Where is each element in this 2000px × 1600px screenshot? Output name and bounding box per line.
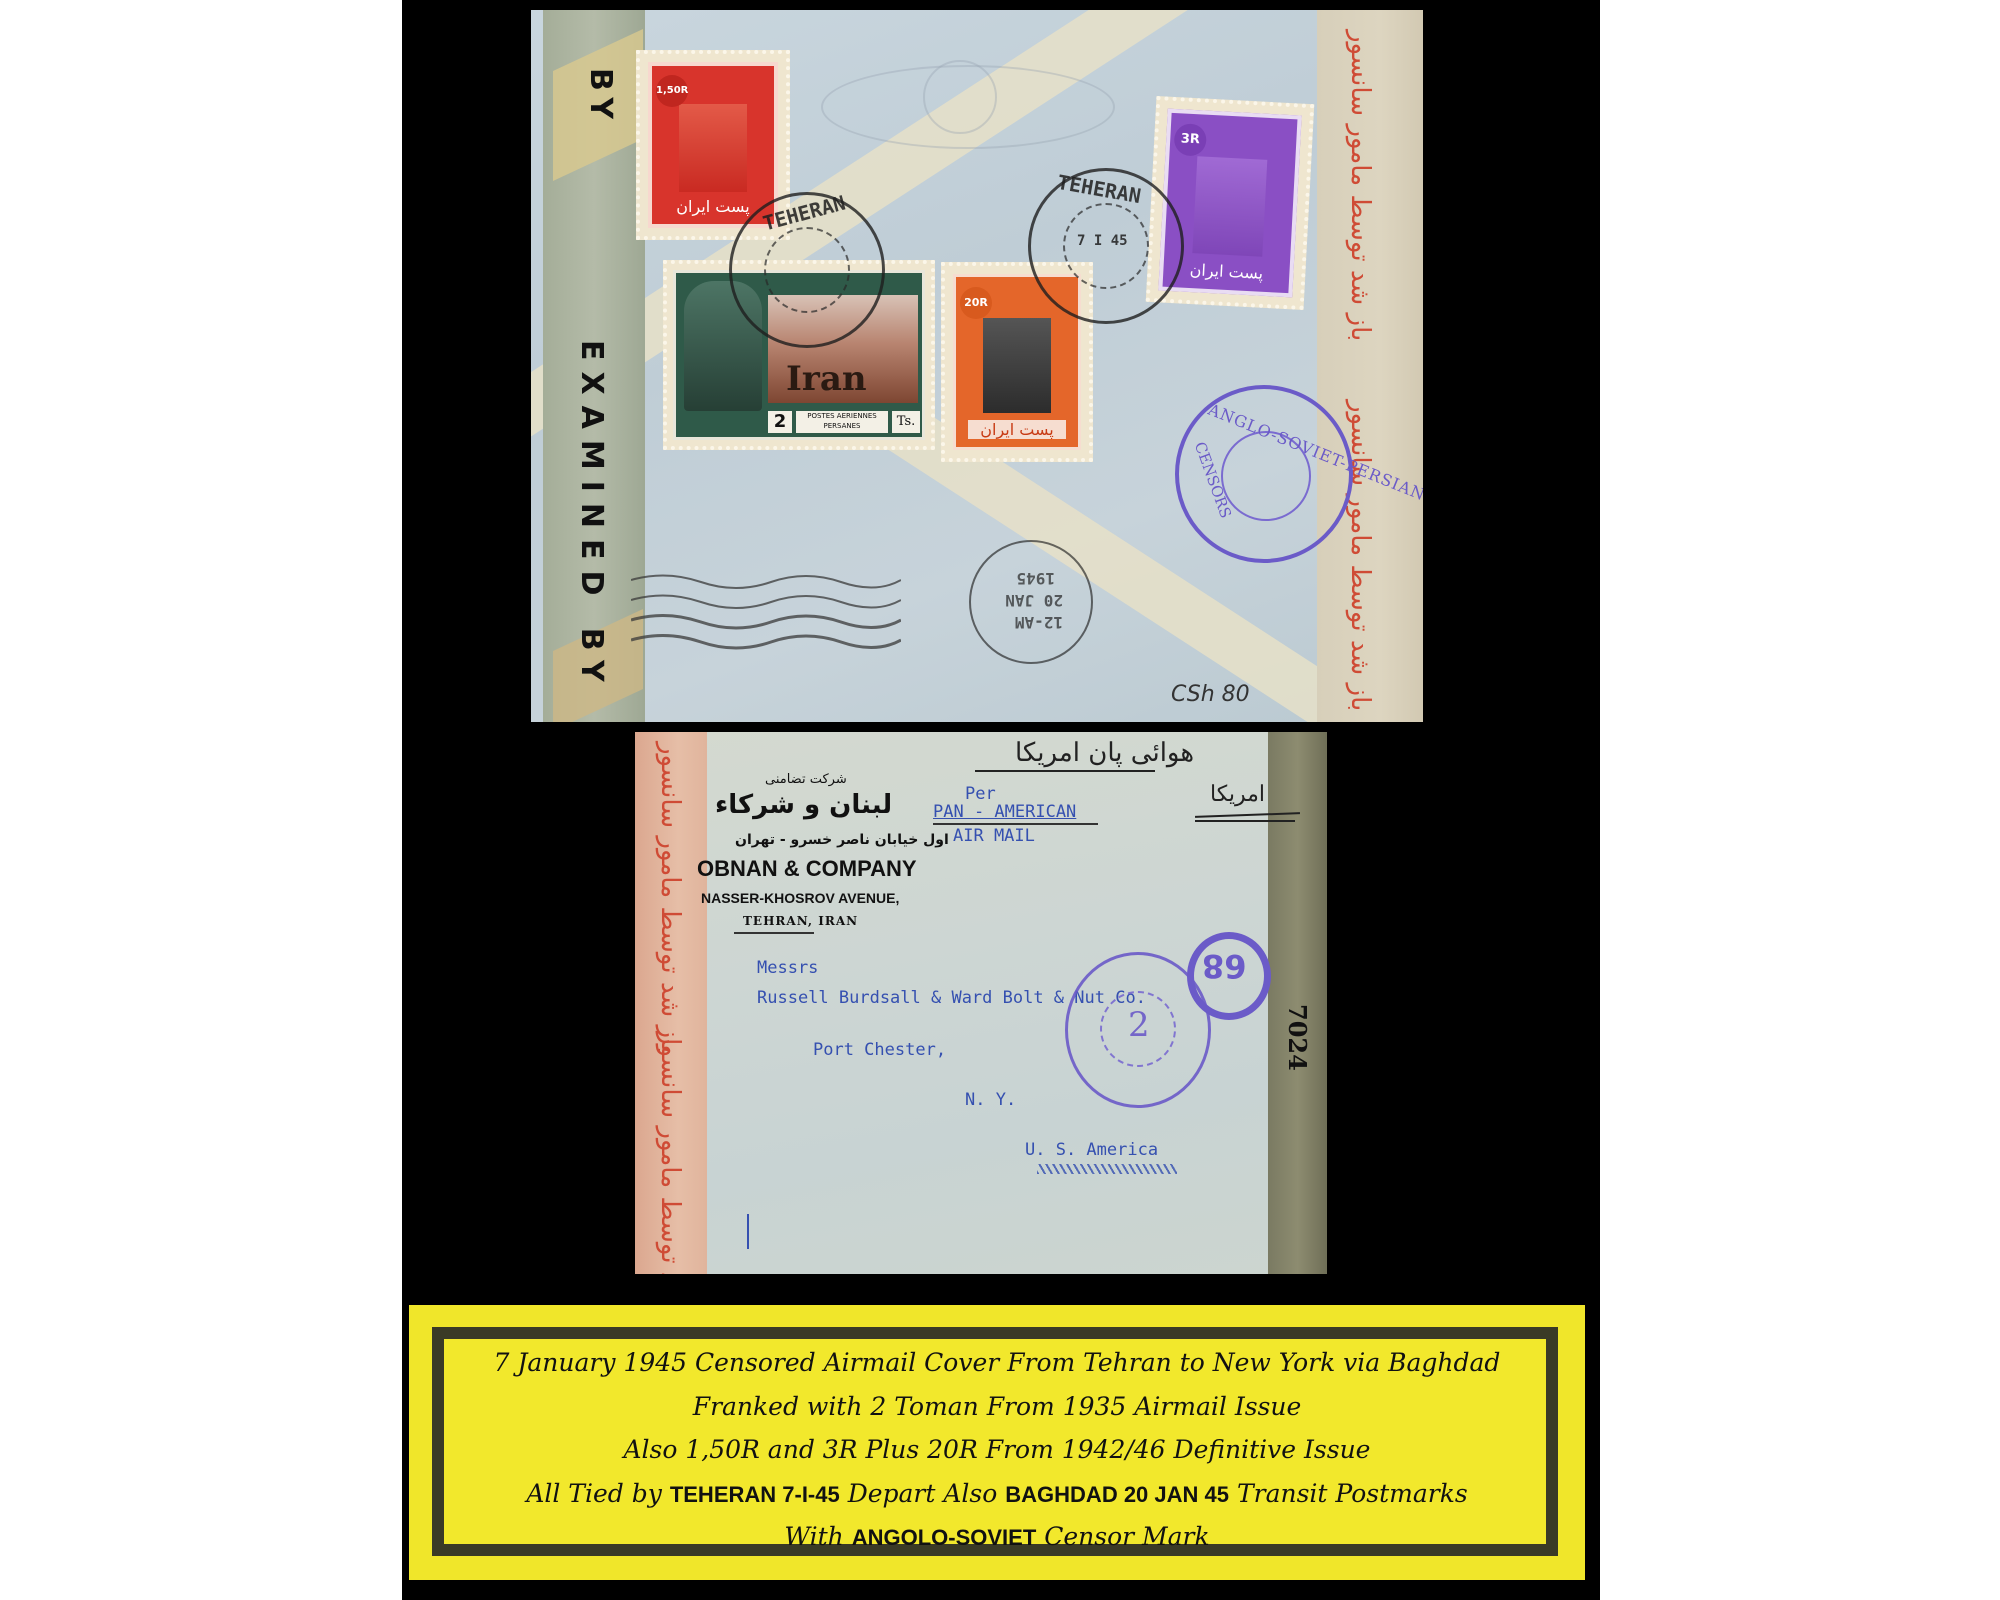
stamp-overprint: Iran [786,359,867,399]
stamp-value: 1,50R [656,75,688,107]
address-salutation: Messrs [757,958,818,978]
stamp-legend: POSTES AERIENNES PERSANES [796,411,888,433]
address-state: N. Y. [965,1090,1016,1110]
postmark-date: 7 I 45 [1077,233,1128,249]
baghdad-postmark: 12-AM 20 JAN 1945 [969,540,1093,664]
letterhead-persian-address: اول خیابان ناصر خسرو - تهران [735,832,949,848]
routing-per: Per [965,784,996,804]
handwritten-destination: امریکا [1210,782,1265,807]
routing-service: AIR MAIL [953,826,1035,846]
show-through-logo-circle [923,60,997,134]
address-country: U. S. America [1025,1140,1158,1160]
address-strikeout [1037,1164,1177,1174]
caption-line-1: 7 January 1945 Censored Airmail Cover Fr… [409,1341,1585,1385]
routing-underline [933,823,1098,825]
censor-tape-right: باز شد توسط مامور سانسور باز شد توسط مام… [1317,10,1423,722]
caption-line-4: All Tied by TEHERAN 7-I-45 Depart Also B… [409,1472,1585,1516]
caption-line-3: Also 1,50R and 3R Plus 20R From 1942/46 … [409,1428,1585,1472]
caption-label: 7 January 1945 Censored Airmail Cover Fr… [409,1305,1585,1580]
stamp-unit: Ts. [892,411,920,433]
stamp-value: 20R [960,287,992,319]
censor-tape-text: EXAMINED BY [551,340,631,722]
censor-number-mark: 68 [1187,932,1271,1020]
pencil-note: CSh 80 [1171,682,1250,707]
letterhead-persian-name: لبنان و شرکاء [715,790,892,820]
censor-tape-persian-text: باز شد توسط مامور سانسور [1345,30,1375,341]
letterhead-street: NASSER-KHOSROV AVENUE, [701,890,899,906]
censor-tape-persian-text: باز شد توسط مامور سانسور [655,742,685,1053]
address-city: Port Chester, [813,1040,946,1060]
censor-tape-persian-text: باز شد توسط مامور سانسور [1345,400,1375,711]
censor-tape-persian-text: باز شد توسط مامور سانسور [655,1032,685,1274]
censor-tape-text-partial: BY [583,68,618,127]
censor-tape-left: باز شد توسط مامور سانسور باز شد توسط مام… [635,732,707,1274]
handwritten-underline [1195,820,1295,822]
letterhead-persian-type: شرکت تضامنی [765,772,847,787]
letterhead-company-name: OBNAN & COMPANY [697,856,917,882]
caption-line-2: Franked with 2 Toman From 1935 Airmail I… [409,1385,1585,1429]
pencil-mark [747,1214,749,1249]
cover-front: باز شد توسط مامور سانسور باز شد توسط مام… [635,732,1327,1274]
cover-reverse: EXAMINED BY BY باز شد توسط مامور سانسور … [531,10,1423,722]
anglo-soviet-censor-mark: ANGLO-SOVIET-PERSIAN CENSORS [1175,385,1353,563]
censor-tape-left: EXAMINED BY BY [543,10,645,722]
routing-carrier: PAN - AMERICAN [933,802,1076,822]
handwritten-underline [975,770,1155,772]
censor-tape-number: 7024 [1283,1004,1312,1071]
stamp-legend: پست ایران [968,420,1066,439]
letterhead-rule [734,932,814,934]
caption-line-5: With ANGOLO-SOVIET Censor Mark [409,1515,1585,1559]
stamp-value: 3R [1173,123,1207,157]
teheran-postmark: TEHERAN 7 I 45 [1028,168,1184,324]
stamp-value: 2 [768,411,792,433]
wavy-cancel [631,560,901,660]
letterhead-city: TEHRAN, IRAN [743,914,858,928]
handwritten-routing: هوائی پان امریکا [1015,738,1194,768]
teheran-postmark: TEHERAN [729,192,885,348]
